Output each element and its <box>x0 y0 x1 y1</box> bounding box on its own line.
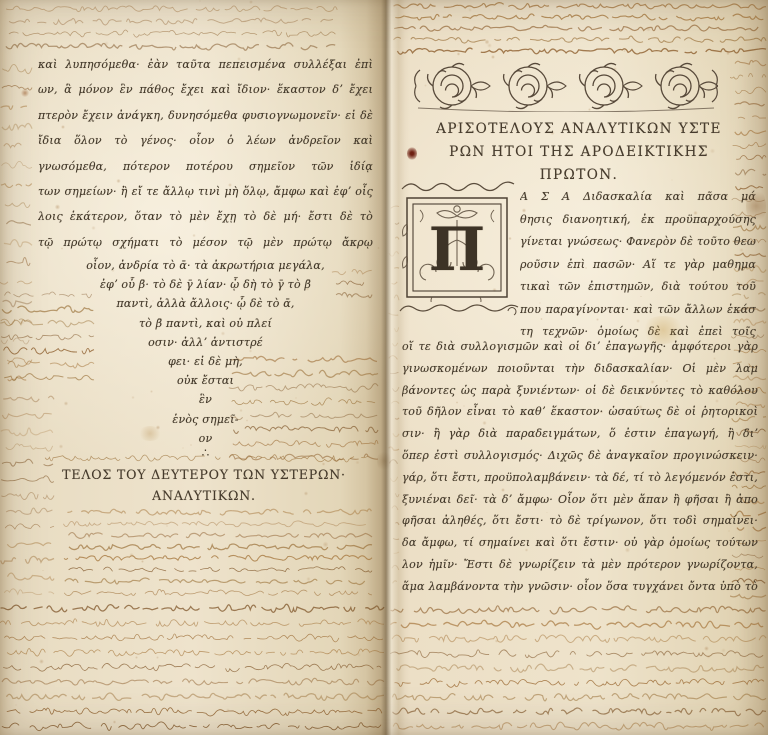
handwritten-marginalia-top-left <box>2 2 340 52</box>
colophon-line-1: ΤΕΛΟΣ ΤΟΥ ΔΕΥΤΕΡΟΥ ΤΩΝ ΥΣΤΕΡΩΝ· <box>34 464 374 485</box>
woodcut-initial-letter: Π <box>402 194 512 302</box>
printed-line: φῆσαι ἀληθές, ὅτι ἔστι· τὸ δὲ τρίγωνον, … <box>402 510 758 532</box>
printed-line: που παραγίνονται· καὶ τῶν ἄλλων ἑκάσ <box>520 299 756 322</box>
printed-line: ἅμα λαμβάνοντα τὴν γνῶσιν· οἷον ὅσα τυγχ… <box>402 576 758 598</box>
printers-end-mark: ∴ <box>38 446 373 460</box>
printed-taper-line: φει· εἰ δὲ μὴ, <box>38 352 373 371</box>
handwritten-marginalia-bottom-left <box>0 600 386 733</box>
printed-line: των σημείων· ἢ εἴ τε ἄλλῳ τινὶ μὴ ὅλῳ, ἄ… <box>38 179 373 204</box>
printed-line: δα ἄμφω, τί σημαίνει καὶ ὅτι ἔστιν· οὐ γ… <box>402 532 758 554</box>
printed-line: ξυνιέναι δεῖ· τὰ δʼ ἄμφω· Οἷον ὅτι μὲν ἅ… <box>402 489 758 511</box>
handwritten-marginalia-top-right <box>390 0 768 56</box>
printed-line: θησις διανοητική, ἐκ προϋπαρχούσης <box>520 209 756 232</box>
printed-opening-right: Α Σ Α Διδασκαλία καὶ πᾶσα μάθησις διανοη… <box>520 186 756 344</box>
printed-line: πτερὸν ἔχειν ἀνάγκη, δυνησόμεθα φυσιογνω… <box>38 103 373 128</box>
printed-line: σιν· ἢ γὰρ διὰ παραδειγμάτων, ὅ ἐστιν ἐπ… <box>402 423 758 445</box>
heading-line: ΠΡΩΤΟΝ. <box>400 164 758 187</box>
heading-line: ΡΩΝ ΗΤΟΙ ΤΗΣ ΑΡΟΔΕΙΚΤΙΚΗΣ <box>400 141 758 164</box>
printed-taper-line: τὸ β̄ παντὶ, καὶ οὐ πλεί <box>38 314 373 333</box>
printed-line: τοῦ δῆλον εἶναι τὸ καθʼ ἕκαστον· ὡσαύτως… <box>402 401 758 423</box>
printed-line: οἵ τε διὰ συλλογισμῶν καὶ οἱ διʼ ἐπαγωγῆ… <box>402 336 758 358</box>
colophon-line-2: ΑΝΑΛΥΤΙΚΩΝ. <box>34 485 374 506</box>
printed-text-left: καὶ λυπησόμεθα· ἐὰν ταῦτα πεπεισμένα συλ… <box>38 52 373 255</box>
printed-line: Α Σ Α Διδασκαλία καὶ πᾶσα μά <box>520 186 756 209</box>
printed-line: ων, ἃ μόνον ἓν πάθος ἔχει καὶ ἴδιον· ἕκα… <box>38 77 373 102</box>
printed-taper-line: ἐφʼ οὗ β̄· τὸ δὲ γ̄ λίαν· ᾧ δὴ τὸ γ̄ τὸ … <box>38 275 373 294</box>
handwritten-marginalia-bottom-right <box>390 602 768 733</box>
printed-line: γνωσόμεθα, πότερον ποτέρου σημεῖον τῶν ἰ… <box>38 154 373 179</box>
right-page: ΑΡΙΣΟΤΕΛΟΥΣ ΑΝΑΛΥΤΙΚΩΝ ΥΣΤΕΡΩΝ ΗΤΟΙ ΤΗΣ … <box>386 0 768 735</box>
printed-taper-line: ἓν <box>38 390 373 409</box>
woodcut-headpiece-ornament <box>414 60 718 112</box>
printed-taper-line: οσιν· ἀλλʼ ἀντιστρέ <box>38 333 373 352</box>
printed-taper-line: ἑνὸς σημεῖ- <box>38 410 373 429</box>
printed-line: ἴδια ὅλον τὸ γένος· οἷον ὁ λέων ἀνδρεῖον… <box>38 128 373 153</box>
printed-line: τικαὶ τῶν ἐπιστημῶν, διὰ τούτου τοῦ τρό <box>520 276 756 299</box>
printed-line: καὶ λυπησόμεθα· ἐὰν ταῦτα πεπεισμένα συλ… <box>38 52 373 77</box>
colophon: ΤΕΛΟΣ ΤΟΥ ΔΕΥΤΕΡΟΥ ΤΩΝ ΥΣΤΕΡΩΝ· ΑΝΑΛΥΤΙΚ… <box>34 464 374 506</box>
printed-body-right: οἵ τε διὰ συλλογισμῶν καὶ οἱ διʼ ἐπαγωγῆ… <box>402 336 758 598</box>
printed-line: λον ἡμῖν· Ἔστι δὲ γνωρίζειν τὰ μὲν πρότε… <box>402 554 758 576</box>
printed-line: βάνοντες ὡς παρὰ ξυνιέντων· οἱ δὲ δεικνύ… <box>402 380 758 402</box>
printed-line: γινωσκομένων ποιοῦνται τὴν διδασκαλίαν· … <box>402 358 758 380</box>
handwritten-note-block-below-colophon <box>62 506 374 598</box>
handwritten-marginalia-gutter-side <box>388 200 401 590</box>
printed-line: ροῦσιν ἐπὶ πασῶν· Αἵ τε γὰρ μαθημα <box>520 254 756 277</box>
printed-taper-line: ον <box>38 429 373 448</box>
printed-taper-line: οὐκ ἔσται <box>38 371 373 390</box>
handwritten-marginalia-left-margin <box>0 58 34 388</box>
left-page: καὶ λυπησόμεθα· ἐὰν ταῦτα πεπεισμένα συλ… <box>0 0 386 735</box>
book-opening-photo: καὶ λυπησόμεθα· ἐὰν ταῦτα πεπεισμένα συλ… <box>0 0 768 735</box>
heading-line: ΑΡΙΣΟΤΕΛΟΥΣ ΑΝΑΛΥΤΙΚΩΝ ΥΣΤΕ <box>400 118 758 141</box>
printed-line: γάρ, ὅτι ἔστι, προϋπολαμβάνειν· τὰ δέ, τ… <box>402 467 758 489</box>
printed-taper-line: παντὶ, ἀλλὰ ἄλλοις· ᾧ δὲ τὸ ᾱ, <box>38 294 373 313</box>
printed-taper-line: οἷον, ἀνδρία τὸ ᾱ· τὰ ἀκρωτήρια μεγάλα, <box>38 256 373 275</box>
chapter-heading: ΑΡΙΣΟΤΕΛΟΥΣ ΑΝΑΛΥΤΙΚΩΝ ΥΣΤΕΡΩΝ ΗΤΟΙ ΤΗΣ … <box>400 118 758 187</box>
printed-line: γίνεται γνώσεως· Φανερὸν δὲ τοῦτο θεω <box>520 231 756 254</box>
printed-line: λοις ἑκάτερον, ὅταν τὸ μὲν ἔχῃ τὸ δὲ μή·… <box>38 204 373 229</box>
printed-line: ὅπερ ἐστὶ συλλογισμός· Διχῶς δὲ ἀναγκαῖο… <box>402 445 758 467</box>
printed-line: τῷ πρώτῳ σχήματι τὸ μέσον τῷ μὲν πρώτῳ ἄ… <box>38 230 373 255</box>
printed-taper-left: οἷον, ἀνδρία τὸ ᾱ· τὰ ἀκρωτήρια μεγάλα,ἐ… <box>38 256 373 448</box>
woodcut-flourish-bottom <box>398 302 520 318</box>
